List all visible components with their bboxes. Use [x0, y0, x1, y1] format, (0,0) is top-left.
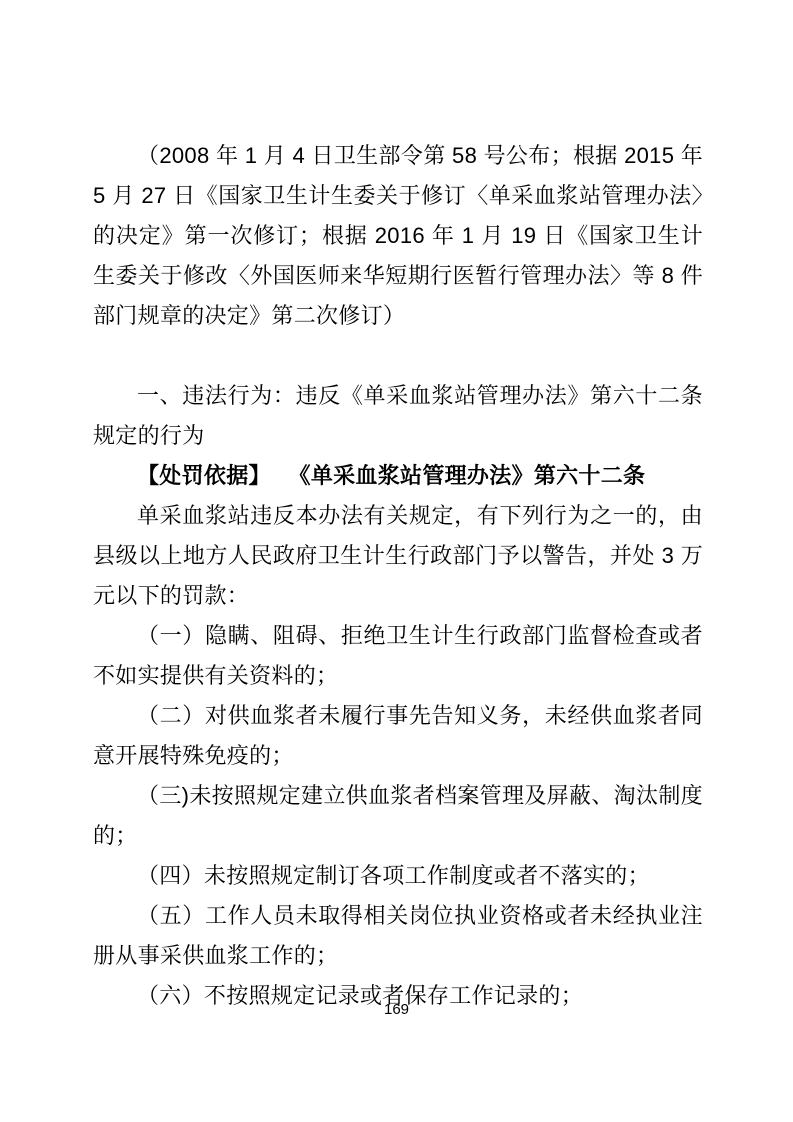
violation-item-2: （二）对供血浆者未履行事先告知义务，未经供血浆者同意开展特殊免疫的； [93, 696, 703, 776]
body-paragraph: 单采血浆站违反本办法有关规定，有下列行为之一的，由县级以上地方人民政府卫生计生行… [93, 496, 703, 616]
page-number: 169 [0, 1000, 793, 1020]
violation-item-5: （五）工作人员未取得相关岗位执业资格或者未经执业注册从事采供血浆工作的； [93, 896, 703, 976]
section-heading: 一、违法行为：违反《单采血浆站管理办法》第六十二条规定的行为 [93, 376, 703, 456]
preamble-paragraph: （2008 年 1 月 4 日卫生部令第 58 号公布；根据 2015 年 5 … [93, 136, 703, 336]
violation-item-4: （四）未按照规定制订各项工作制度或者不落实的； [93, 856, 703, 896]
violation-item-3: （三)未按照规定建立供血浆者档案管理及屏蔽、淘汰制度的； [93, 776, 703, 856]
document-content: （2008 年 1 月 4 日卫生部令第 58 号公布；根据 2015 年 5 … [93, 136, 703, 1016]
violation-item-1: （一）隐瞒、阻碍、拒绝卫生计生行政部门监督检查或者不如实提供有关资料的； [93, 616, 703, 696]
blank-line-spacer [93, 336, 703, 376]
penalty-basis-heading: 【处罚依据】 《单采血浆站管理办法》第六十二条 [93, 456, 703, 496]
document-page: （2008 年 1 月 4 日卫生部令第 58 号公布；根据 2015 年 5 … [0, 0, 793, 1122]
